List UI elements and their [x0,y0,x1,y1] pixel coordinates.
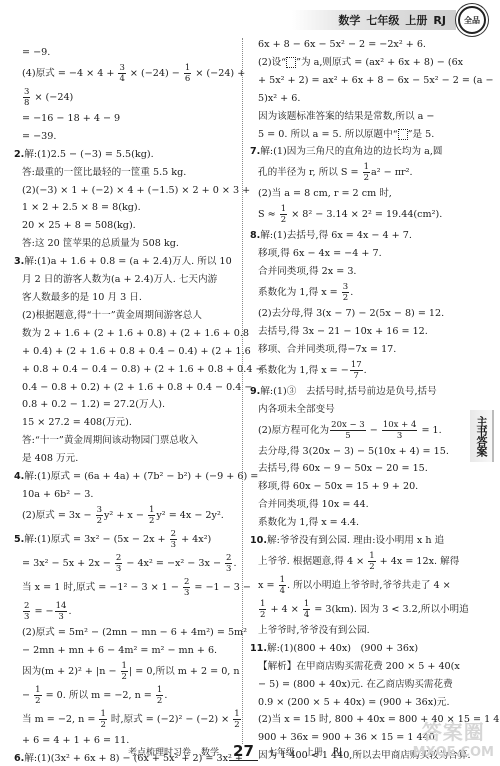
answer-line: 去括号,得 60x − 9 − 50x − 20 = 15. [250,460,460,478]
answer-line: 客人数最多的是 10 月 3 日. [14,289,236,307]
answer-line: 10a + 6b² − 3. [14,486,236,504]
answer-line: 12 + 4 × 14 = 3(km). 因为 3 < 3.2,所以小明追 [250,598,460,622]
answer-line: (2)去分母,得 3(x − 7) − 2(5x − 8) = 12. [250,305,460,323]
answer-line: (4)原式 = −4 × 4 + 34 × (−24) − 16 × (−24)… [14,62,236,86]
question-3: 3.解:(1)a + 1.6 + 0.8 = (a + 2.4)万人. 所以 1… [14,253,236,271]
answer-line: + 0.4) + (2 + 1.6 + 0.8 + 0.4 − 0.4) + (… [14,343,236,361]
answer-line: + 0.8 + 0.4 − 0.4 − 0.8) + (2 + 1.6 + 0.… [14,361,236,379]
answer-line: (2)原方程可化为20x − 35 − 10x + 43 = 1. [250,419,460,443]
answer-line: 上爷爷. 根据题意,得 4 × 12 + 4x = 12x. 解得 [250,550,460,574]
question-5: 5.解:(1)原式 = 3x² − (5x − 2x + 23 + 4x²) [14,528,236,552]
footer-volume: 上册 [305,745,323,758]
answer-line: 因为该题标准答案的结果是常数,所以 a − [250,108,460,126]
answer-line: 答:“十一”黄金周期间该动物园门票总收入 [14,432,236,450]
answer-line: (2)原式 = 5m² − (2mn − mn − 6 + 4m²) = 5m² [14,624,236,642]
answer-line: 是 408 万元. [14,450,236,468]
answer-line: 移项,得 6x − 4x = −4 + 7. [250,245,460,263]
answer-line: (2)(−3) × 1 + (−2) × 4 + (−1.5) × 2 + 0 … [14,182,236,200]
question-2: 2.解:(1)2.5 − (−3) = 5.5(kg). [14,146,236,164]
question-10: 10.解:爷爷没有到公园. 理由:设小明用 x h 追 [250,532,460,550]
right-column: 6x + 8 − 6x − 5x² − 2 = −2x² + 6. (2)设“”… [250,36,460,765]
answer-line: − 12 = 0. 所以 m = −2, n = 12. [14,684,236,708]
answer-line: 0.9 × (200 × 5 + 40x) = (900 + 36x)元. [250,694,460,712]
header-subject: 数学 [338,12,360,28]
answer-line: 答:这 20 筐苹果的总质量为 508 kg. [14,235,236,253]
answer-line: 当 x = 1 时,原式 = −1² − 3 × 1 − 23 = −1 − 3… [14,576,236,600]
answer-line: 合并同类项,得 2x = 3. [250,263,460,281]
question-9: 9.解:(1)③ 去括号时,括号前边是负号,括号 [250,383,460,401]
answer-line: − 5) = (800 + 40x)元. 在乙商店购买需花费 [250,676,460,694]
publisher-logo-icon: 全品 [458,6,486,34]
answer-line: 上爷爷时,爷爷没有到公园. [250,622,460,640]
header-edition: RJ [433,14,446,27]
question-8: 8.解:(1)去括号,得 6x = 4x − 4 + 7. [250,227,460,245]
answer-line: 移项、合并同类项,得−7x = 17. [250,341,460,359]
header-volume: 上册 [405,12,427,28]
answer-line: = −39. [14,128,236,146]
answer-line: x = 14. 所以小明追上爷爷时,爷爷共走了 4 × [250,574,460,598]
answer-line: 5 = 0. 所以 a = 5. 所以原题中“”是 5. [250,126,460,144]
footer-subject: 数学 [201,745,219,758]
answer-line: S ≈ 12 × 8² − 3.14 × 2² = 19.44(cm²). [250,203,460,227]
header-bar: 数学 七年级 上册 RJ [292,10,456,30]
question-7: 7.解:(1)因为三角尺的直角边的边长均为 a,圆 [250,143,460,161]
answer-line: − 2mn + mn + 6 − 4m² = m² − mn + 6. [14,642,236,660]
answer-line: 6x + 8 − 6x − 5x² − 2 = −2x² + 6. [250,36,460,54]
question-4: 4.解:(1)原式 = (6a + 4a) + (7b² − b²) + (−9… [14,468,236,486]
left-column: = −9. (4)原式 = −4 × 4 + 34 × (−24) − 16 ×… [14,44,236,766]
header-grade: 七年级 [366,12,399,28]
answer-line: = 3x² − 5x + 2x − 23 − 4x² = −x² − 3x − … [14,552,236,576]
answer-line: 当 m = −2, n = 12 时,原式 = (−2)² − (−2) × 1… [14,708,236,732]
answer-line: 孔的半径为 r, 所以 S = 12a² − πr². [250,161,460,185]
footer-book-title: 考点梳理时习卷 [128,745,191,758]
answer-line: 0.8 + 0.2 − 1.2) = 27.2(万人). [14,396,236,414]
answer-line: 0.4 − 0.8 + 0.2) + (2 + 1.6 + 0.8 + 0.4 … [14,379,236,397]
answer-line: 20 × 25 + 8 = 508(kg). [14,217,236,235]
answer-line: 系数化为 1,得 x = 32. [250,281,460,305]
answer-line: 数为 2 + 1.6 + (2 + 1.6 + 0.8) + (2 + 1.6 … [14,325,236,343]
footer-edition: RJ [333,747,342,757]
answer-line: (2)当 a = 8 cm, r = 2 cm 时, [250,185,460,203]
answer-line: 系数化为 1,得 x = 4.4. [250,514,460,532]
footer-grade: 七年级 [268,745,295,758]
answer-line: 合并同类项,得 10x = 44. [250,496,460,514]
blank-box-icon [398,129,408,140]
answer-line: 15 × 27.2 = 408(万元). [14,414,236,432]
answer-line: 【解析】在甲商店购买需花费 200 × 5 + 40(x [250,658,460,676]
answer-line: 移项,得 60x − 50x = 15 + 9 + 20. [250,478,460,496]
answer-line: 去括号,得 3x − 21 − 10x + 16 = 12. [250,323,460,341]
answer-line: 答:最重的一筐比最轻的一筐重 5.5 kg. [14,164,236,182]
page-number: 27 [229,742,258,761]
answer-line: 去分母,得 3(20x − 3) − 5(10x + 4) = 15. [250,443,460,461]
answer-line: = −9. [14,44,236,62]
answer-line: 5)x² + 6. [250,90,460,108]
watermark: 答案圈 MXQE.COM [413,716,494,760]
answer-line: = −16 − 18 + 4 − 9 [14,110,236,128]
answer-line: (2)原式 = 3x − 32y² + x − 12y² = 4x − 2y². [14,504,236,528]
answer-line: + 5x² + 2) = ax² + 6x + 8 − 6x − 5x² − 2… [250,72,460,90]
question-11: 11.解:(1)(800 + 40x) (900 + 36x) [250,640,460,658]
answer-line: (2)设“”为 a,则原式 = (ax² + 6x + 8) − (6x [250,54,460,72]
answer-line: 因为(m + 2)² + |n − 12| = 0,所以 m + 2 = 0, … [14,660,236,684]
side-tab-answers: 主书答案 [470,410,494,462]
page-footer: 考点梳理时习卷 数学 27 七年级 上册 RJ [128,742,352,761]
answer-line: 月 2 日的游客人数为(a + 2.4)万人. 七天内游 [14,271,236,289]
answer-line: 内各项未全部变号 [250,401,460,419]
answer-line: 23 = −143. [14,600,236,624]
answer-line: 1 × 2 + 2.5 × 8 = 8(kg). [14,199,236,217]
page-header: 数学 七年级 上册 RJ 全品 [292,6,486,34]
answer-line: (2)根据题意,得“十一”黄金周期间游客总人 [14,307,236,325]
answer-line: 38 × (−24) [14,86,236,110]
answer-line: 系数化为 1,得 x = −177. [250,359,460,383]
blank-box-icon [286,57,296,68]
